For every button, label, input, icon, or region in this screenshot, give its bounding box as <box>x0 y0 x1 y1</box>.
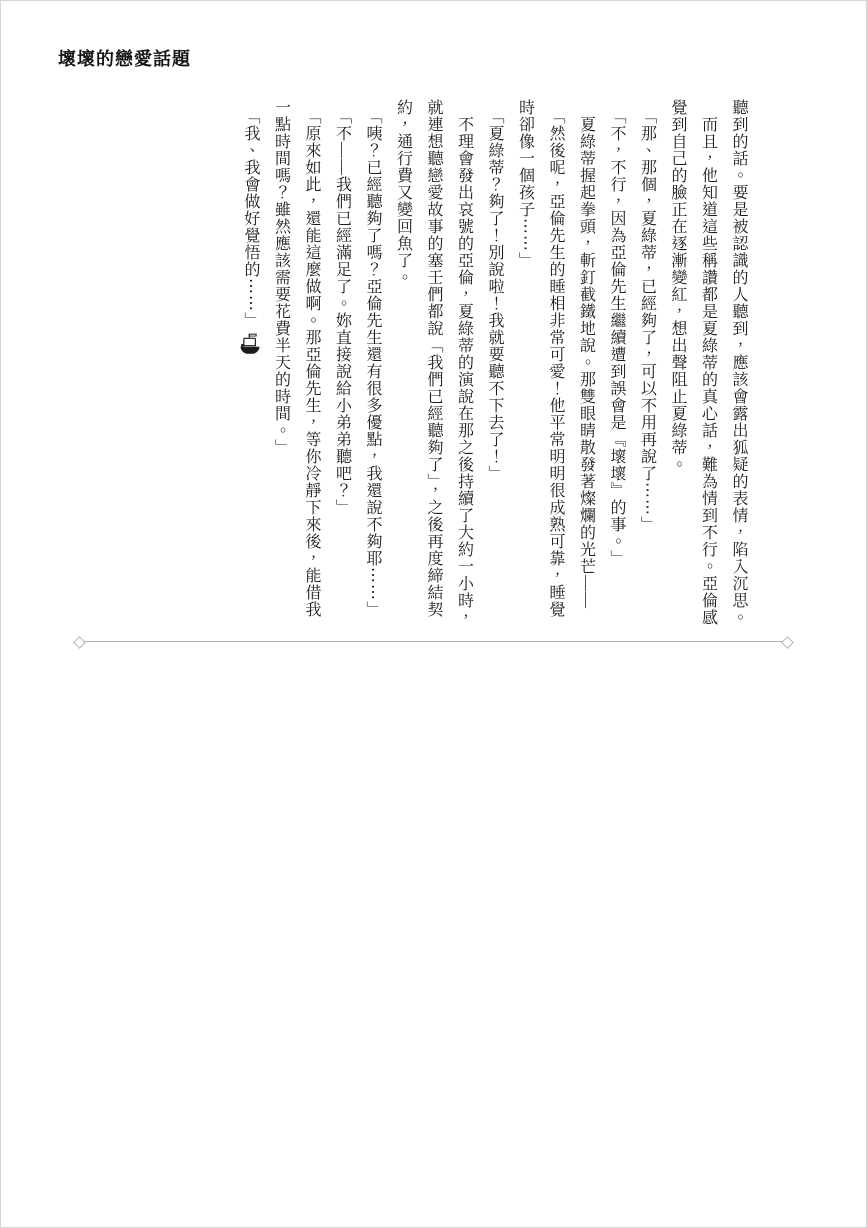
paragraph: 「我、我會做好覺悟的⋯⋯」 <box>235 99 266 628</box>
novel-text-block: 聽到的話。要是被認識的人聽到，應該會露出狐疑的表情，陷入沉思。 而且，他知道這些… <box>235 99 754 628</box>
paragraph: 聽到的話。要是被認識的人聽到，應該會露出狐疑的表情，陷入沉思。 <box>723 99 754 628</box>
paragraph: 不理會發出哀號的亞倫，夏綠蒂的演說在那之後持續了大約一小時，就連想聽戀愛故事的塞… <box>387 99 479 628</box>
novel-page: 壞壞的戀愛話題 聽到的話。要是被認識的人聽到，應該會露出狐疑的表情，陷入沉思。 … <box>0 0 867 1228</box>
divider-diamond-left-icon <box>73 636 86 649</box>
paragraph: 「然後呢，亞倫先生的睡相非常可愛！他平常明明很成熟可靠，睡覺時卻像一個孩子⋯⋯」 <box>509 99 570 628</box>
divider-diamond-right-icon <box>781 636 794 649</box>
ship-icon <box>240 333 260 356</box>
paragraph: 「不——我們已經滿足了。妳直接說給小弟弟聽吧？」 <box>326 99 357 628</box>
paragraph: 夏綠蒂握起拳頭，斬釘截鐵地說。那雙眼睛散發著燦爛的光芒—— <box>570 99 601 628</box>
paragraph: 「原來如此，還能這麼做啊。那亞倫先生，等你冷靜下來後，能借我一點時間嗎？雖然應該… <box>265 99 326 628</box>
section-divider <box>79 641 788 642</box>
paragraph: 「那、那個，夏綠蒂，已經夠了，可以不用再說了⋯⋯」 <box>631 99 662 628</box>
page-title: 壞壞的戀愛話題 <box>58 45 191 71</box>
paragraph: 「咦？已經聽夠了嗎？亞倫先生還有很多優點，我還說不夠耶⋯⋯」 <box>357 99 388 628</box>
paragraph: 「不，不行，因為亞倫先生繼續遭到誤會是『壞壞』的事。」 <box>601 99 632 628</box>
paragraph-text: 「我、我會做好覺悟的⋯⋯」 <box>242 99 259 329</box>
paragraph: 而且，他知道這些稱讚都是夏綠蒂的真心話，難為情到不行。亞倫感覺到自己的臉正在逐漸… <box>662 99 723 628</box>
paragraph: 「夏綠蒂？夠了！別說啦！我就要聽不下去了！」 <box>479 99 510 628</box>
